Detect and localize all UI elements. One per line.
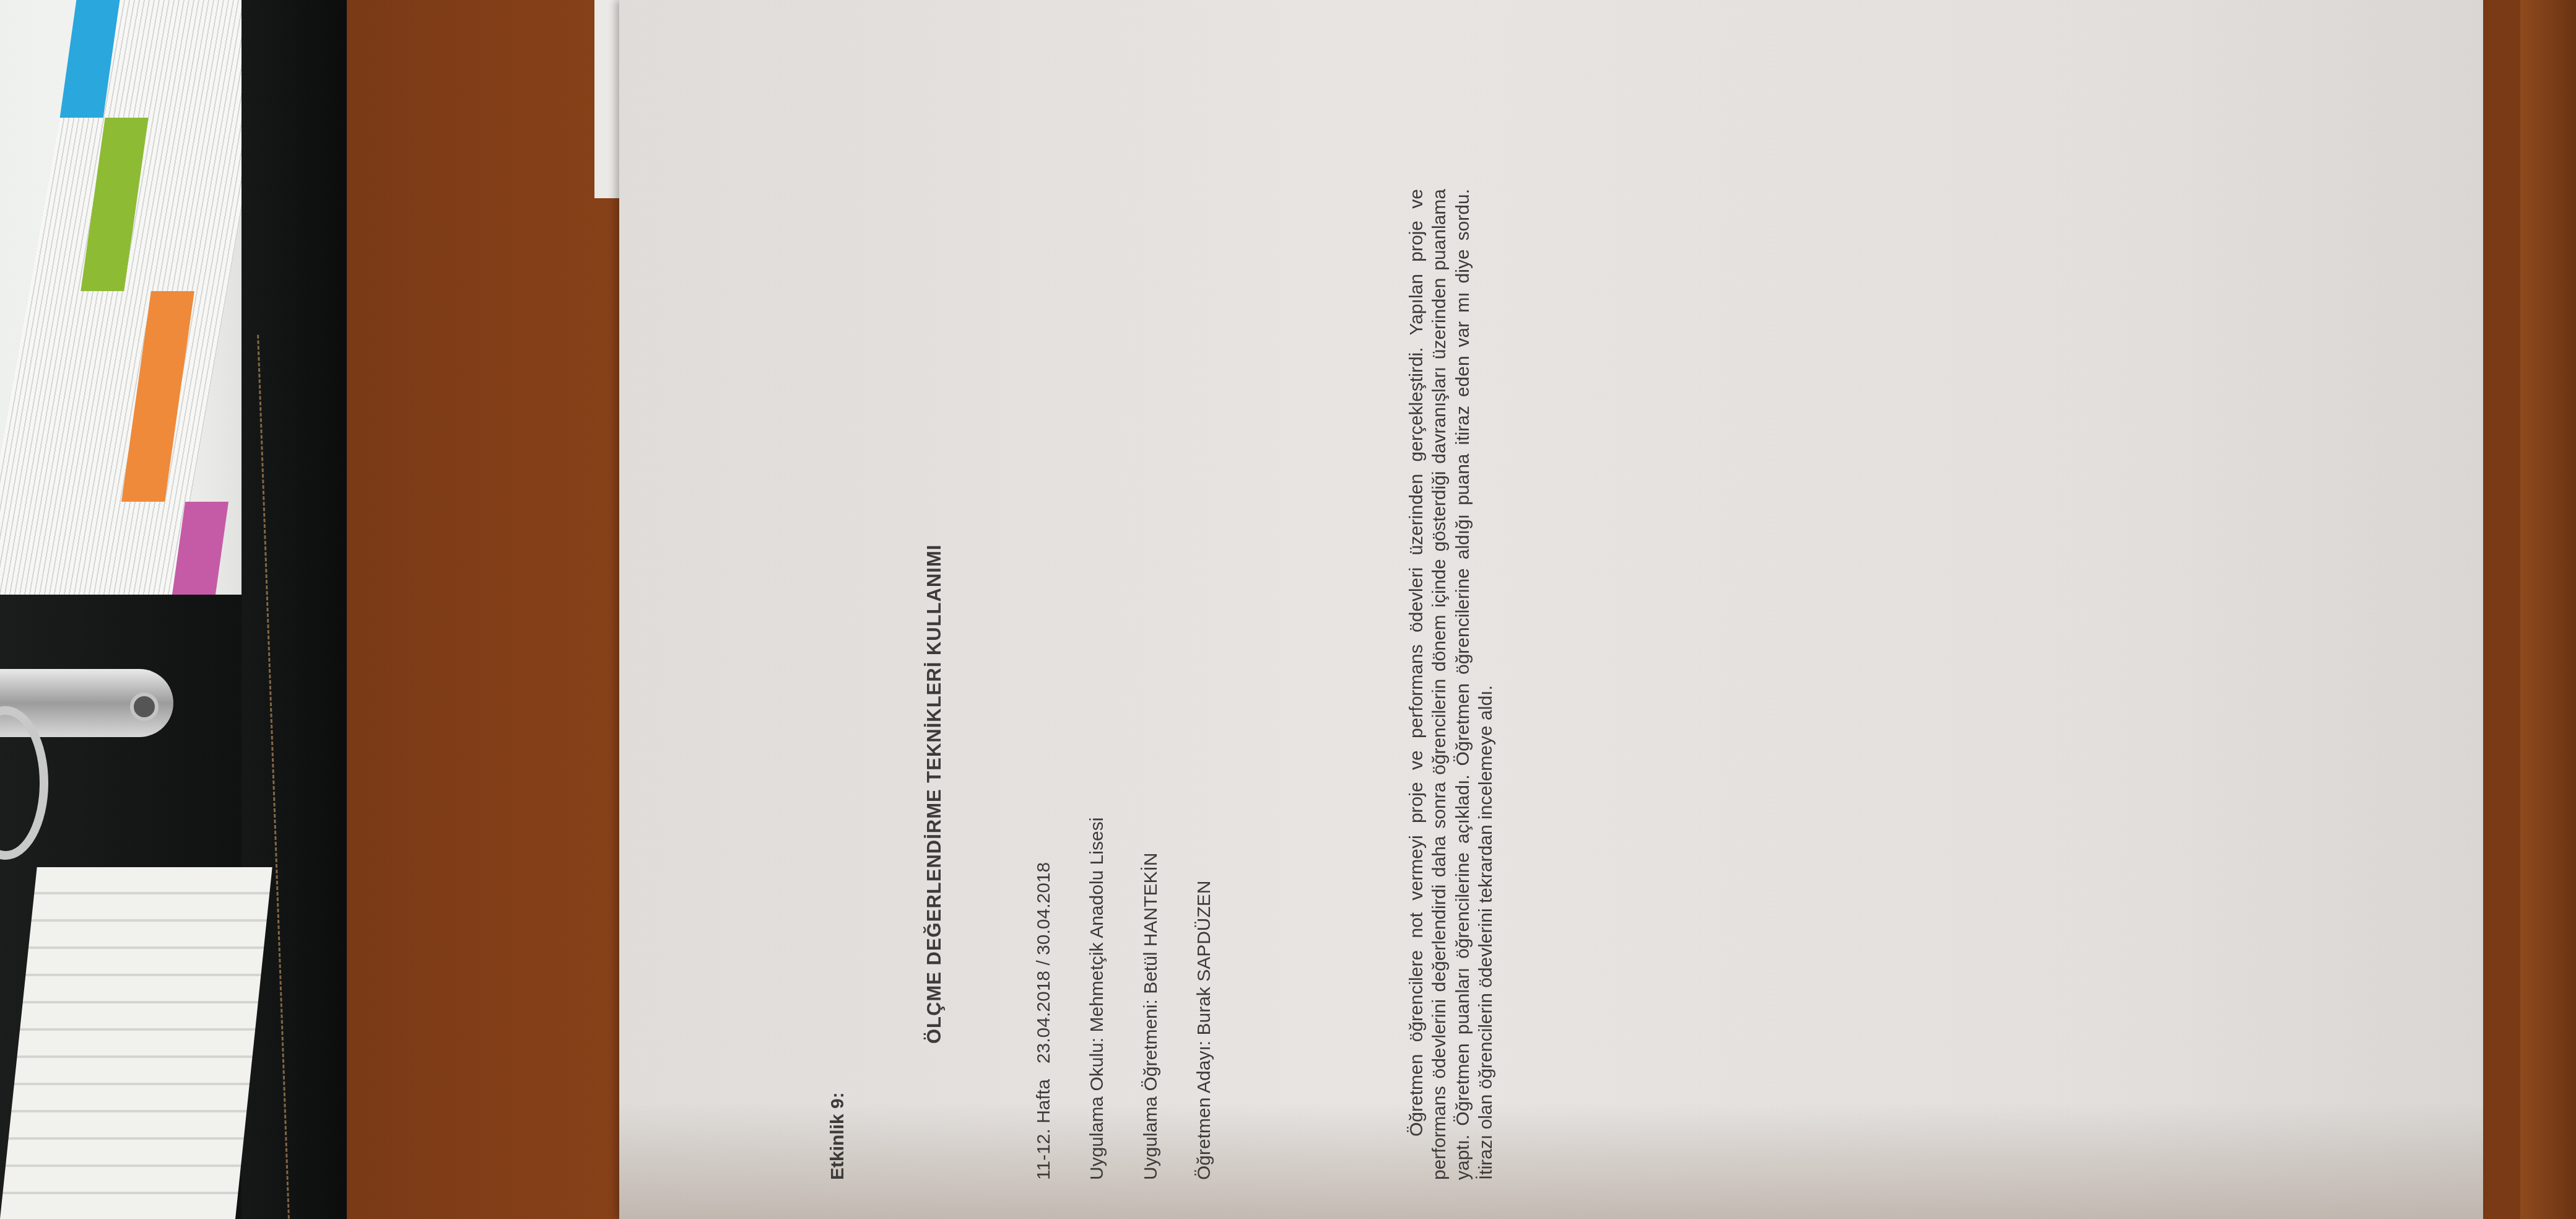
teacher-value: Betül HANTEKİN [1141, 852, 1161, 994]
body-paragraph: Öğretmen öğrencilere not vermeyi proje v… [1405, 189, 1498, 1180]
card-stack [0, 867, 272, 1219]
week-label: 11-12. Hafta [1033, 1079, 1054, 1180]
teacher-line: Uygulama Öğretmeni: Betül HANTEKİN [1137, 34, 1166, 1180]
candidate-label: Öğretmen Adayı: [1194, 1041, 1214, 1180]
week-dates-line: 11-12. Hafta 23.04.2018 / 30.04.2018 [1030, 34, 1059, 1180]
binder-spine [241, 0, 347, 1219]
document-title: ÖLÇME DEĞERLENDİRME TEKNİKLERİ KULLANIMI [920, 34, 949, 1044]
wood-frame-right [2520, 0, 2576, 1219]
date-range: 23.04.2018 / 30.04.2018 [1033, 862, 1054, 1064]
document-content: Etkinlik 9: ÖLÇME DEĞERLENDİRME TEKNİKLE… [824, 34, 1498, 1180]
paragraph-text: Öğretmen öğrencilere not vermeyi proje v… [1406, 189, 1497, 1180]
school-label: Uygulama Okulu: [1087, 1038, 1107, 1180]
candidate-line: Öğretmen Adayı: Burak SAPDÜZEN [1190, 34, 1219, 1180]
rivet-icon [130, 693, 159, 721]
activity-label: Etkinlik 9: [824, 34, 853, 1180]
teacher-label: Uygulama Öğretmeni: [1141, 999, 1161, 1180]
candidate-value: Burak SAPDÜZEN [1194, 880, 1214, 1035]
school-line: Uygulama Okulu: Mehmetçik Anadolu Lisesi [1083, 34, 1112, 1180]
school-value: Mehmetçik Anadolu Lisesi [1087, 818, 1107, 1033]
